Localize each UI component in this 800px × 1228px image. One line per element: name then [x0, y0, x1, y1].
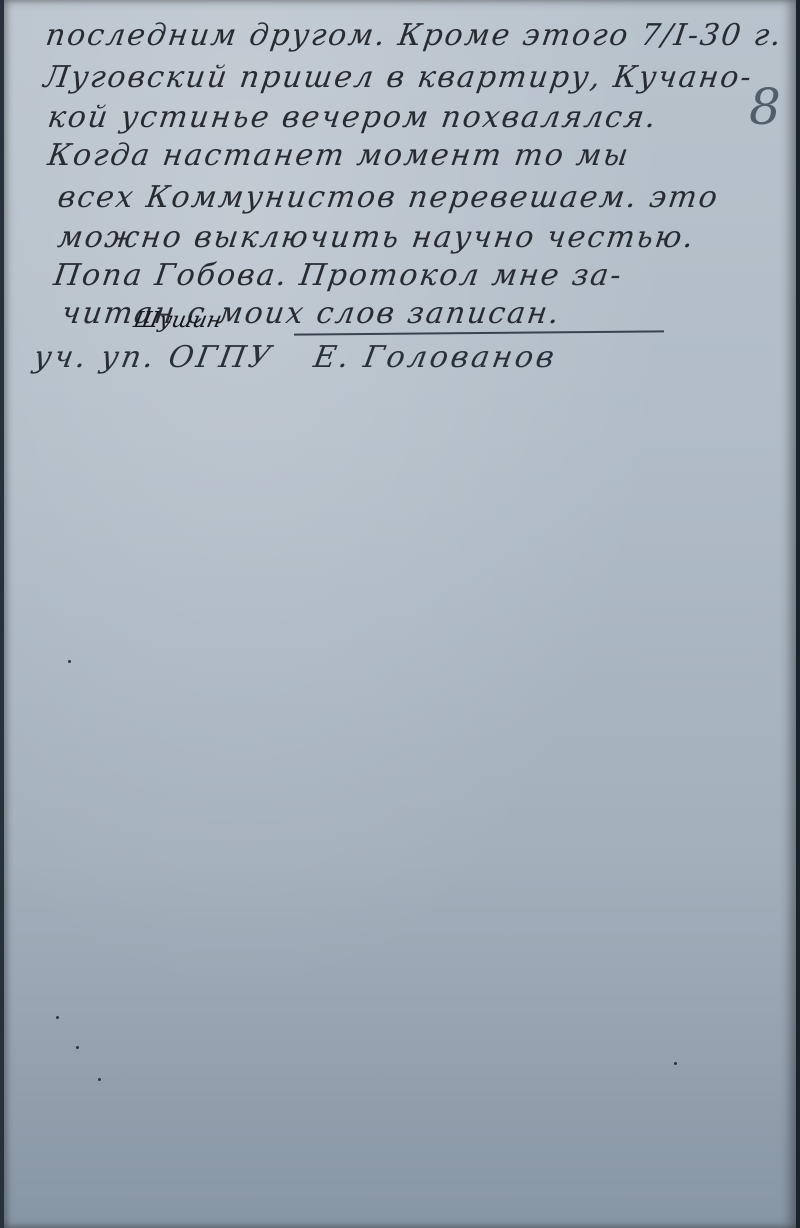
document-page: последним другом. Кроме этого 7/I-30 г. … — [4, 0, 796, 1228]
signer-mark: Шушин — [131, 308, 224, 333]
scan-right-edge — [796, 0, 800, 1228]
paper-speck — [68, 660, 71, 663]
text-line-1: последним другом. Кроме этого 7/I-30 г. — [44, 18, 786, 53]
text-line-3: кой устинье вечером похвалялся. — [46, 100, 660, 135]
paper-speck — [56, 1016, 59, 1019]
text-line-5: всех Коммунистов перевешаем. это — [56, 180, 722, 215]
page-number: 8 — [749, 78, 781, 136]
signature-block: Шушин уч. уп. ОГПУ Е. Голованов — [24, 300, 724, 410]
text-line-6: можно выключить научно честью. — [56, 220, 698, 255]
signature-flourish — [294, 330, 664, 335]
signature-name: Е. Голованов — [311, 340, 560, 375]
text-line-4: Когда настанет момент то мы — [46, 138, 633, 173]
paper-speck — [76, 1046, 79, 1049]
paper-speck — [674, 1062, 677, 1065]
paper-speck — [98, 1078, 101, 1081]
signature-title: уч. уп. ОГПУ — [31, 340, 276, 375]
text-line-2: Луговский пришел в квартиру, Кучано- — [42, 60, 756, 95]
text-line-7: Попа Гобова. Протокол мне за- — [52, 258, 625, 293]
